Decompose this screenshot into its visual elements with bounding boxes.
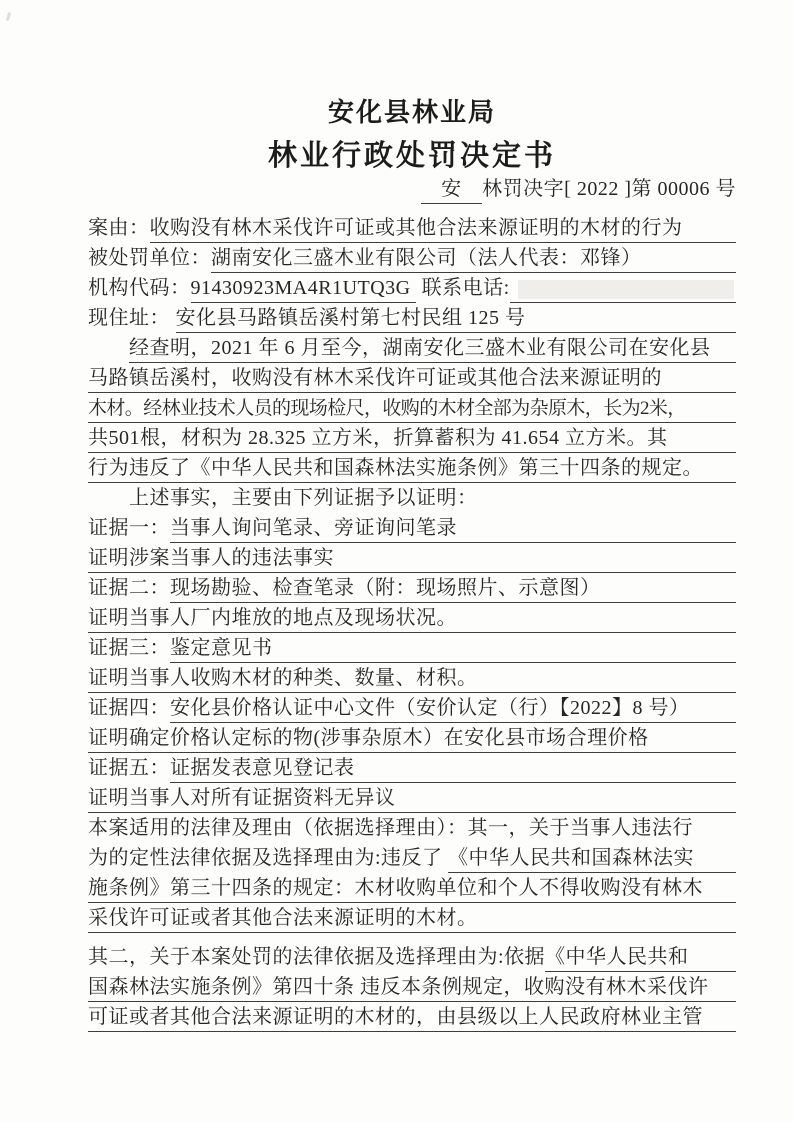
field-label: 案由： [88, 211, 150, 243]
form-line: 证据一：当事人询问笔录、旁证询问笔录 [88, 513, 736, 543]
field-label: 本案适用的法律及理由（依据选择理由）：其一，关于当事人违法行 [88, 811, 693, 843]
filled-value: 行为违反了《中华人民共和国森林法实施条例》第三十四条的规定。 [88, 451, 736, 483]
form-line: 可证或者其他合法来源证明的木材的，由县级以上人民政府林业主管 [88, 1002, 736, 1032]
filled-value: 收购没有林木采伐许可证或其他合法来源证明的木材的行为 [150, 211, 737, 243]
filled-value: 施条例》第三十四条的规定：木材收购单位和个人不得收购没有林木 [88, 871, 736, 903]
filled-value: 《中华人民共和 [545, 940, 736, 972]
filled-value: 马路镇岳溪村，收购没有林木采伐许可证或其他合法来源证明的 [88, 361, 736, 393]
form-line: 机构代码：91430923MA4R1UTQ3G 联系电话: [88, 273, 736, 303]
form-line: 证据二：现场勘验、检查笔录（附：现场照片、示意图） [88, 573, 736, 603]
filled-value: 国森林法实施条例》第四十条 违反本条例规定，收购没有林木采伐许 [88, 970, 736, 1002]
form-line: 证据三：鉴定意见书 [88, 633, 736, 663]
field-label: 现住址： [88, 301, 176, 333]
document-lines: 案由：收购没有林木采伐许可证或其他合法来源证明的木材的行为被处罚单位：湖南安化三… [88, 213, 736, 1032]
form-line: 证明涉案当事人的违法事实 [88, 543, 736, 573]
field-label: 证据三： [88, 631, 170, 663]
filled-value: 共501根，材积为 28.325 立方米，折算蓄积为 41.654 立方米。其 [88, 421, 736, 453]
filled-value: 鉴定意见书 [170, 631, 736, 663]
form-line: 证据五：证据发表意见登记表 [88, 753, 736, 783]
filled-value: 证明当事人对所有证据资料无异议 [88, 781, 736, 813]
filled-value: 木材。经林业技术人员的现场检尺，收购的木材全部为杂原木，长为2米， [88, 393, 736, 423]
filled-value: 证明确定价格认定标的物(涉事杂原木）在安化县市场合理价格 [88, 721, 736, 753]
filled-value: 湖南安化三盛木业有限公司（法人代表：邓锋） [211, 241, 736, 273]
filled-value: 证明当事人收购木材的种类、数量、材积。 [88, 661, 736, 693]
field-label: 被处罚单位： [88, 241, 211, 273]
filled-value: 《中华人民共和国森林法实 [448, 841, 736, 873]
form-line: 证据四：安化县价格认证中心文件（安价认定（行）【2022】8 号） [88, 693, 736, 723]
scanned-document-page: 安化县林业局 林业行政处罚决定书 安 林罚决字[ 2022 ]第 00006 号… [0, 0, 793, 1122]
document-content: 安化县林业局 林业行政处罚决定书 安 林罚决字[ 2022 ]第 00006 号… [88, 0, 736, 1032]
form-line: 国森林法实施条例》第四十条 违反本条例规定，收购没有林木采伐许 [88, 972, 736, 1002]
form-line: 证明当事人收购木材的种类、数量、材积。 [88, 663, 736, 693]
form-line: 现住址： 安化县马路镇岳溪村第七村民组 125 号 [88, 303, 736, 333]
form-line: 案由：收购没有林木采伐许可证或其他合法来源证明的木材的行为 [88, 213, 736, 243]
doc-number-prefix: 安 [421, 172, 483, 204]
form-line: 被处罚单位：湖南安化三盛木业有限公司（法人代表：邓锋） [88, 243, 736, 273]
document-number: 安 林罚决字[ 2022 ]第 00006 号 [88, 178, 736, 204]
field-label: 证据五： [88, 751, 170, 783]
scan-artifact [6, 12, 12, 21]
filled-value: 安化县马路镇岳溪村第七村民组 125 号 [176, 301, 737, 333]
filled-value: 现场勘验、检查笔录（附：现场照片、示意图） [170, 571, 736, 603]
document-title: 林业行政处罚决定书 [88, 140, 736, 173]
org-title: 安化县林业局 [88, 97, 736, 127]
filled-value: 证明当事人厂内堆放的地点及现场状况。 [88, 601, 736, 633]
filled-value: 采伐许可证或者其他合法来源证明的木材。 [88, 901, 736, 933]
form-line: 马路镇岳溪村，收购没有林木采伐许可证或其他合法来源证明的 [88, 363, 736, 393]
form-line: 证明当事人厂内堆放的地点及现场状况。 [88, 603, 736, 633]
doc-number-text: 林罚决字[ 2022 ]第 00006 号 [482, 172, 736, 204]
form-line: 采伐许可证或者其他合法来源证明的木材。 [88, 903, 736, 933]
field-label: 联系电话: [416, 271, 510, 303]
filled-value: 可证或者其他合法来源证明的木材的，由县级以上人民政府林业主管 [88, 1000, 736, 1032]
filled-value: 91430923MA4R1UTQ3G [191, 277, 417, 303]
redacted-phone-field [510, 300, 736, 303]
field-label: 证据四： [88, 691, 170, 723]
field-label: 证据二： [88, 571, 170, 603]
form-line: 其二，关于本案处罚的法律依据及选择理由为:依据《中华人民共和 [88, 942, 736, 972]
form-line: 证明确定价格认定标的物(涉事杂原木）在安化县市场合理价格 [88, 723, 736, 753]
filled-value: 当事人询问笔录、旁证询问笔录 [170, 511, 736, 543]
form-line: 本案适用的法律及理由（依据选择理由）：其一，关于当事人违法行 [88, 813, 736, 843]
form-line: 为的定性法律依据及选择理由为:违反了 《中华人民共和国森林法实 [88, 843, 736, 873]
field-label: 证据一： [88, 511, 170, 543]
form-line: 共501根，材积为 28.325 立方米，折算蓄积为 41.654 立方米。其 [88, 423, 736, 453]
filled-value: 安化县价格认证中心文件（安价认定（行）【2022】8 号） [170, 691, 736, 723]
form-line: 木材。经林业技术人员的现场检尺，收购的木材全部为杂原木，长为2米， [88, 393, 736, 423]
field-label: 为的定性法律依据及选择理由为:违反了 [88, 841, 448, 873]
form-line: 施条例》第三十四条的规定：木材收购单位和个人不得收购没有林木 [88, 873, 736, 903]
filled-value: 证据发表意见登记表 [170, 751, 736, 783]
form-line: 经查明，2021 年 6 月至今，湖南安化三盛木业有限公司在安化县 [88, 333, 736, 363]
form-line: 上述事实，主要由下列证据予以证明： [88, 483, 736, 513]
field-label: 机构代码： [88, 271, 191, 303]
form-line: 证明当事人对所有证据资料无异议 [88, 783, 736, 813]
form-line: 行为违反了《中华人民共和国森林法实施条例》第三十四条的规定。 [88, 453, 736, 483]
filled-value: 经查明，2021 年 6 月至今，湖南安化三盛木业有限公司在安化县 [129, 331, 736, 363]
field-label: 其二，关于本案处罚的法律依据及选择理由为:依据 [88, 940, 545, 972]
field-label: 上述事实，主要由下列证据予以证明： [129, 481, 478, 513]
filled-value: 证明涉案当事人的违法事实 [88, 541, 736, 573]
